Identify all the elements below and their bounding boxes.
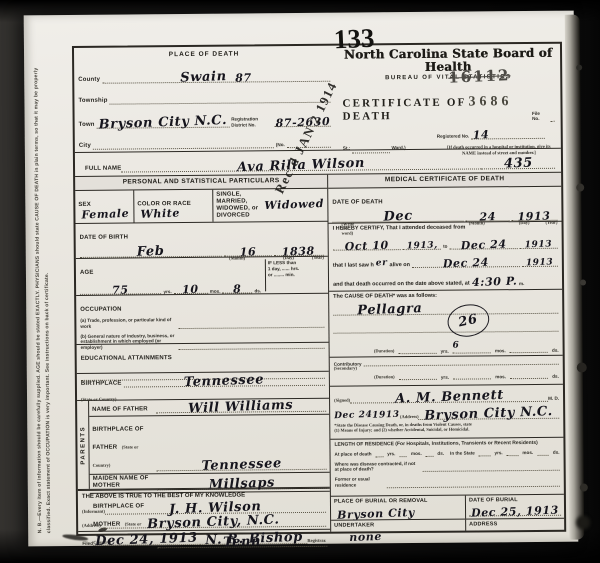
form-columns: PERSONAL AND STATISTICAL PARTICULARS SEX… [75, 173, 564, 534]
personal-column: PERSONAL AND STATISTICAL PARTICULARS SEX… [75, 175, 331, 534]
undertaker-cell: UNDERTAKER none [331, 520, 466, 532]
attended-from-year: 1913, [406, 241, 437, 251]
father-bp-value: Tennessee [201, 457, 282, 473]
race-cell: COLOR OR RACE White [134, 189, 213, 222]
town-label: Town [79, 122, 95, 129]
residence-duration-row: At place of death yrs. mos. ds. In the S… [335, 448, 560, 457]
age-label: AGE [80, 270, 94, 276]
dob-month: Feb [137, 245, 165, 259]
burial-place-cell: PLACE OF BURIAL OR REMOVAL Bryson City [331, 495, 466, 520]
yrs-label: yrs. [164, 289, 172, 295]
duration-mos-label: mos. [495, 348, 506, 354]
education-label: EDUCATIONAL ATTAINMENTS [81, 355, 172, 362]
town-row: Town Bryson City N.C. Registration Distr… [79, 115, 331, 129]
occupation-row: OCCUPATION (a) Trade, profession, or par… [76, 294, 328, 345]
county-code: 87 [235, 73, 252, 85]
burial-place-label: PLACE OF BURIAL OR REMOVAL [334, 497, 462, 505]
physician-signature: A. M. Bennett [394, 389, 503, 406]
ward-label: Ward.) [391, 145, 405, 151]
length-of-residence-block: LENGTH OF RESIDENCE (For Hospitals, Inst… [330, 438, 563, 496]
attended-to-date: Dec 24 [460, 238, 506, 251]
house-number-value: 435 [503, 157, 532, 171]
undertaker-address-row: UNDERTAKER none ADDRESS [331, 518, 564, 532]
district-label: Registration District No. [231, 116, 273, 128]
age-days: 8 [233, 284, 242, 295]
attended-from-date: Oct 10 [345, 239, 389, 252]
sex-cell: SEX Female [75, 190, 134, 223]
attended-to-year: 1913 [525, 240, 553, 250]
contrib-duration-label: (Duration) [374, 376, 395, 381]
no-label: (No. [276, 142, 285, 148]
undertaker-address-cell: ADDRESS [466, 519, 564, 530]
burial-date-cell: DATE OF BURIAL Dec 25, 1913 [466, 495, 564, 519]
at-place-label: At place of death [335, 451, 372, 457]
last-saw-er: er [376, 259, 388, 268]
res-ds-label: ds. [437, 451, 444, 457]
physician-address-value: Bryson City N.C. [424, 405, 553, 422]
file-no-label: File No. [532, 111, 549, 123]
scan-background: N. B.—Every item of information should b… [0, 0, 600, 563]
to-label: to [443, 244, 447, 250]
sheet-number: 133 [333, 25, 375, 54]
informant-label: (Informant) [82, 510, 105, 515]
city-label: City [79, 143, 91, 150]
dob-label: DATE OF BIRTH [80, 235, 129, 241]
occupation-a-label: (a) Trade, profession, or particular kin… [80, 317, 176, 329]
state-yrs-label: yrs. [494, 450, 502, 456]
death-time-value: 4:30 P. [471, 275, 517, 288]
mos-label: mos. [210, 288, 221, 294]
sex-value: Female [81, 207, 129, 220]
occurred-label: and that death occurred on the date abov… [333, 281, 470, 289]
cause-value: Pellagra [357, 302, 423, 317]
contributory-duration-line: (Duration) yrs. mos. ds. [334, 372, 559, 381]
registrar-label: Registrar. [307, 539, 326, 544]
contrib-ds-label: ds. [552, 373, 559, 379]
sign-year-value: 1913 [372, 410, 400, 420]
curled-page-edge [565, 15, 585, 540]
burial-block: PLACE OF BURIAL OR REMOVAL Bryson City D… [331, 495, 564, 532]
dod-month: Dec [383, 209, 413, 223]
title-block: North Carolina State Board of Health BUR… [336, 44, 561, 150]
mother-name-value: Millsaps [208, 476, 275, 491]
margin-instructions: N. B.—Every item of information should b… [32, 65, 53, 533]
ds-label: ds. [254, 288, 261, 294]
contrib-mos-label: mos. [495, 374, 506, 380]
burial-place-value: Bryson City [337, 507, 415, 521]
filed-label: Filed [82, 540, 93, 546]
last-saw-date: Dec 24 [443, 257, 489, 270]
parents-vertical-label: PARENTS [77, 401, 90, 489]
age-months: 10 [182, 284, 199, 296]
burial-place-date-row: PLACE OF BURIAL OR REMOVAL Bryson City D… [331, 495, 564, 521]
state-mos-label: mos. [522, 450, 533, 456]
cause-label: The CAUSE OF DEATH* was as follows: [333, 291, 558, 300]
race-value: White [140, 207, 180, 219]
registered-no-label: Registered No. [437, 134, 469, 140]
res-yrs-label: yrs. [387, 451, 395, 457]
duration-label: (Duration) [374, 350, 395, 355]
dob-day: 16 [239, 246, 256, 258]
township-label: Township [78, 97, 107, 104]
time-suffix-label: m. [519, 281, 524, 287]
father-name-label: NAME OF FATHER [92, 406, 156, 414]
certify-block: I HEREBY CERTIFY, That I attended deceas… [329, 221, 563, 291]
signed-row: (Signed) A. M. Bennett M. D. [330, 385, 563, 404]
sex-label: SEX [78, 201, 91, 207]
date-of-death-row: DATE OF DEATH Dec 24 1913 (Month) (Day) [328, 186, 561, 223]
undertaker-address-label: ADDRESS [469, 521, 561, 528]
age-years: 75 [112, 285, 129, 297]
burial-date-value: Dec 25, 1913 [471, 505, 559, 519]
parents-block: PARENTS NAME OF FATHER Will Williams BIR… [77, 399, 330, 490]
sign-date-value: Dec 24 [334, 410, 373, 420]
burial-date-label: DATE OF BURIAL [469, 497, 561, 504]
county-value: Swain [180, 70, 227, 85]
birthplace-label: BIRTHPLACE [81, 381, 122, 389]
filed-date-value: Dec 24, 1913 [95, 532, 198, 549]
sex-race-marital-row: SEX Female COLOR OR RACE White SINGLE, M… [75, 188, 327, 224]
contrib-yrs-label: yrs. [441, 374, 449, 380]
occupation-label: OCCUPATION [80, 307, 122, 313]
parents-rows: NAME OF FATHER Will Williams BIRTHPLACE … [89, 399, 330, 489]
death-certificate-page: N. B.—Every item of information should b… [24, 11, 579, 547]
res-mos-label: mos. [411, 451, 422, 457]
contributory-block: Contributory (Secondary) (Duration) yrs.… [330, 356, 563, 387]
cause-of-death-block: The CAUSE OF DEATH* was as follows: Pell… [329, 289, 563, 358]
footnote-line2: (1) Means of Injury; and (2) whether Acc… [334, 426, 559, 434]
residence-heading: LENGTH OF RESIDENCE (For Hospitals, Inst… [334, 440, 559, 448]
last-saw-label: that I last saw h [333, 262, 374, 269]
marital-label: SINGLE, MARRIED, WIDOWED, or DIVORCED [216, 191, 262, 220]
mother-name-label: MAIDEN NAME OF MOTHER [93, 476, 157, 491]
contracted-label: Where was disease contracted, if not at … [335, 461, 421, 473]
town-value: Bryson City N.C. [98, 114, 227, 131]
in-state-label: In the State [450, 450, 475, 456]
parents-label-text: PARENTS [80, 426, 86, 465]
father-birthplace-row: BIRTHPLACE OF FATHER (State or Country) … [89, 414, 329, 474]
age-row: AGE 75 yrs. 10 mos. 8 ds. IF LESS [76, 257, 328, 296]
date-of-birth-row: DATE OF BIRTH Feb 16 1838 (Month) (Day) [76, 222, 328, 259]
place-of-death-heading: PLACE OF DEATH [78, 50, 330, 60]
undertaker-value: none [349, 531, 382, 543]
dod-label: DATE OF DEATH [332, 199, 382, 205]
stamped-file-number: 3686 [468, 95, 512, 109]
age-main: AGE 75 yrs. 10 mos. 8 ds. [80, 260, 265, 294]
st-label: St.; [343, 146, 350, 152]
birthplace-value: Tennessee [184, 374, 265, 390]
cause-duration-line: (Duration) yrs. 6 mos. ds. [334, 334, 559, 355]
registered-no-value: 14 [473, 129, 490, 141]
filed-row: Filed Dec 24, 1913 N. R. Bishop Registra… [78, 529, 330, 549]
cause-code-value: 26 [458, 312, 480, 329]
registrar-signature: N. R. Bishop [205, 531, 303, 547]
old-file-number-struck: 16112 [448, 68, 511, 86]
dod-day: 24 [479, 211, 496, 223]
institution-note: [If death occurred in a hospital or inst… [443, 144, 555, 157]
informant-address-label: (Address) [82, 524, 101, 529]
edge-ink-marks [576, 65, 582, 71]
education-row: EDUCATIONAL ATTAINMENTS [77, 343, 329, 374]
former-residence-label: Former or usual residence [335, 476, 385, 488]
if-less-cell: IF LESS than 1 day, ...... hrs. or .....… [265, 259, 324, 292]
township-row: Township [78, 95, 330, 105]
last-saw-year: 1913 [526, 259, 554, 269]
medical-column: MEDICAL CERTIFICATE OF DEATH DATE OF DEA… [328, 173, 564, 532]
dob-year: 1838 [282, 246, 315, 258]
county-row: County Swain 87 [78, 70, 330, 84]
dod-year: 1913 [518, 210, 551, 222]
duration-ds-label: ds. [552, 347, 559, 353]
alive-label: alive on [389, 262, 410, 269]
full-name-label: FULL NAME [85, 165, 121, 173]
undertaker-label: UNDERTAKER [334, 522, 462, 530]
race-label: COLOR OR RACE [137, 200, 191, 206]
ifless-line3: or ........ min. [268, 272, 322, 278]
duration-yrs-label: yrs. [441, 348, 449, 354]
duration-mos-value: 6 [453, 342, 460, 351]
county-label: County [78, 77, 100, 84]
state-ds-label: ds. [553, 450, 560, 456]
father-name-value: Will Williams [188, 399, 294, 416]
